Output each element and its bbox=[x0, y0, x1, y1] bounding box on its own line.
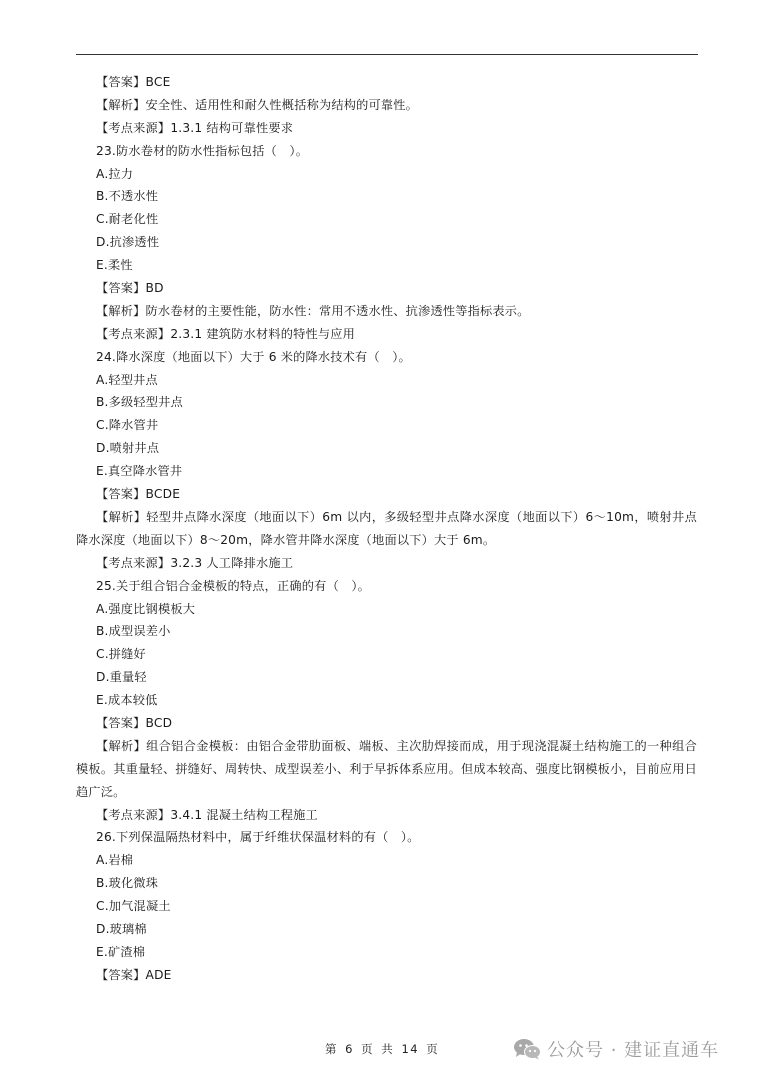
analysis-line: 【解析】防水卷材的主要性能，防水性：常用不透水性、抗渗透性等指标表示。 bbox=[0, 300, 763, 323]
option-c: C.耐老化性 bbox=[0, 208, 763, 231]
analysis-paragraph: 【解析】轻型井点降水深度（地面以下）6m 以内，多级轻型井点降水深度（地面以下）… bbox=[0, 506, 763, 552]
option-d: D.抗渗透性 bbox=[0, 231, 763, 254]
answer-line: 【答案】BD bbox=[0, 277, 763, 300]
option-e: E.柔性 bbox=[0, 254, 763, 277]
watermark-text: 公众号 · 建证直通车 bbox=[547, 1036, 719, 1062]
source-line: 【考点来源】2.3.1 建筑防水材料的特性与应用 bbox=[0, 323, 763, 346]
option-b: B.玻化微珠 bbox=[0, 872, 763, 895]
source-line: 【考点来源】3.2.3 人工降排水施工 bbox=[0, 552, 763, 575]
option-e: E.真空降水管井 bbox=[0, 460, 763, 483]
source-line: 【考点来源】3.4.1 混凝土结构工程施工 bbox=[0, 804, 763, 827]
analysis-line: 【解析】安全性、适用性和耐久性概括称为结构的可靠性。 bbox=[0, 94, 763, 117]
answer-line: 【答案】BCDE bbox=[0, 483, 763, 506]
option-c: C.拼缝好 bbox=[0, 643, 763, 666]
wechat-icon bbox=[513, 1038, 541, 1060]
option-c: C.降水管井 bbox=[0, 414, 763, 437]
option-d: D.重量轻 bbox=[0, 666, 763, 689]
option-a: A.拉力 bbox=[0, 163, 763, 186]
header-rule bbox=[76, 54, 698, 55]
answer-line: 【答案】BCD bbox=[0, 712, 763, 735]
option-d: D.喷射井点 bbox=[0, 437, 763, 460]
page-number: 第 6 页 共 14 页 bbox=[325, 1041, 439, 1057]
option-e: E.矿渣棉 bbox=[0, 941, 763, 964]
option-b: B.不透水性 bbox=[0, 185, 763, 208]
option-e: E.成本较低 bbox=[0, 689, 763, 712]
document-body: 【答案】BCE 【解析】安全性、适用性和耐久性概括称为结构的可靠性。 【考点来源… bbox=[0, 71, 763, 987]
option-a: A.岩棉 bbox=[0, 849, 763, 872]
option-b: B.成型误差小 bbox=[0, 620, 763, 643]
source-line: 【考点来源】1.3.1 结构可靠性要求 bbox=[0, 117, 763, 140]
option-a: A.轻型井点 bbox=[0, 369, 763, 392]
question-26: 26.下列保温隔热材料中，属于纤维状保温材料的有（ ）。 bbox=[0, 826, 763, 849]
question-23: 23.防水卷材的防水性指标包括（ ）。 bbox=[0, 140, 763, 163]
answer-line: 【答案】BCE bbox=[0, 71, 763, 94]
question-25: 25.关于组合铝合金模板的特点，正确的有（ ）。 bbox=[0, 575, 763, 598]
question-24: 24.降水深度（地面以下）大于 6 米的降水技术有（ ）。 bbox=[0, 346, 763, 369]
option-c: C.加气混凝土 bbox=[0, 895, 763, 918]
option-b: B.多级轻型井点 bbox=[0, 391, 763, 414]
answer-line: 【答案】ADE bbox=[0, 964, 763, 987]
analysis-paragraph: 【解析】组合铝合金模板：由铝合金带肋面板、端板、主次肋焊接而成，用于现浇混凝土结… bbox=[0, 735, 763, 804]
option-a: A.强度比钢模板大 bbox=[0, 598, 763, 621]
option-d: D.玻璃棉 bbox=[0, 918, 763, 941]
watermark: 公众号 · 建证直通车 bbox=[513, 1036, 719, 1062]
